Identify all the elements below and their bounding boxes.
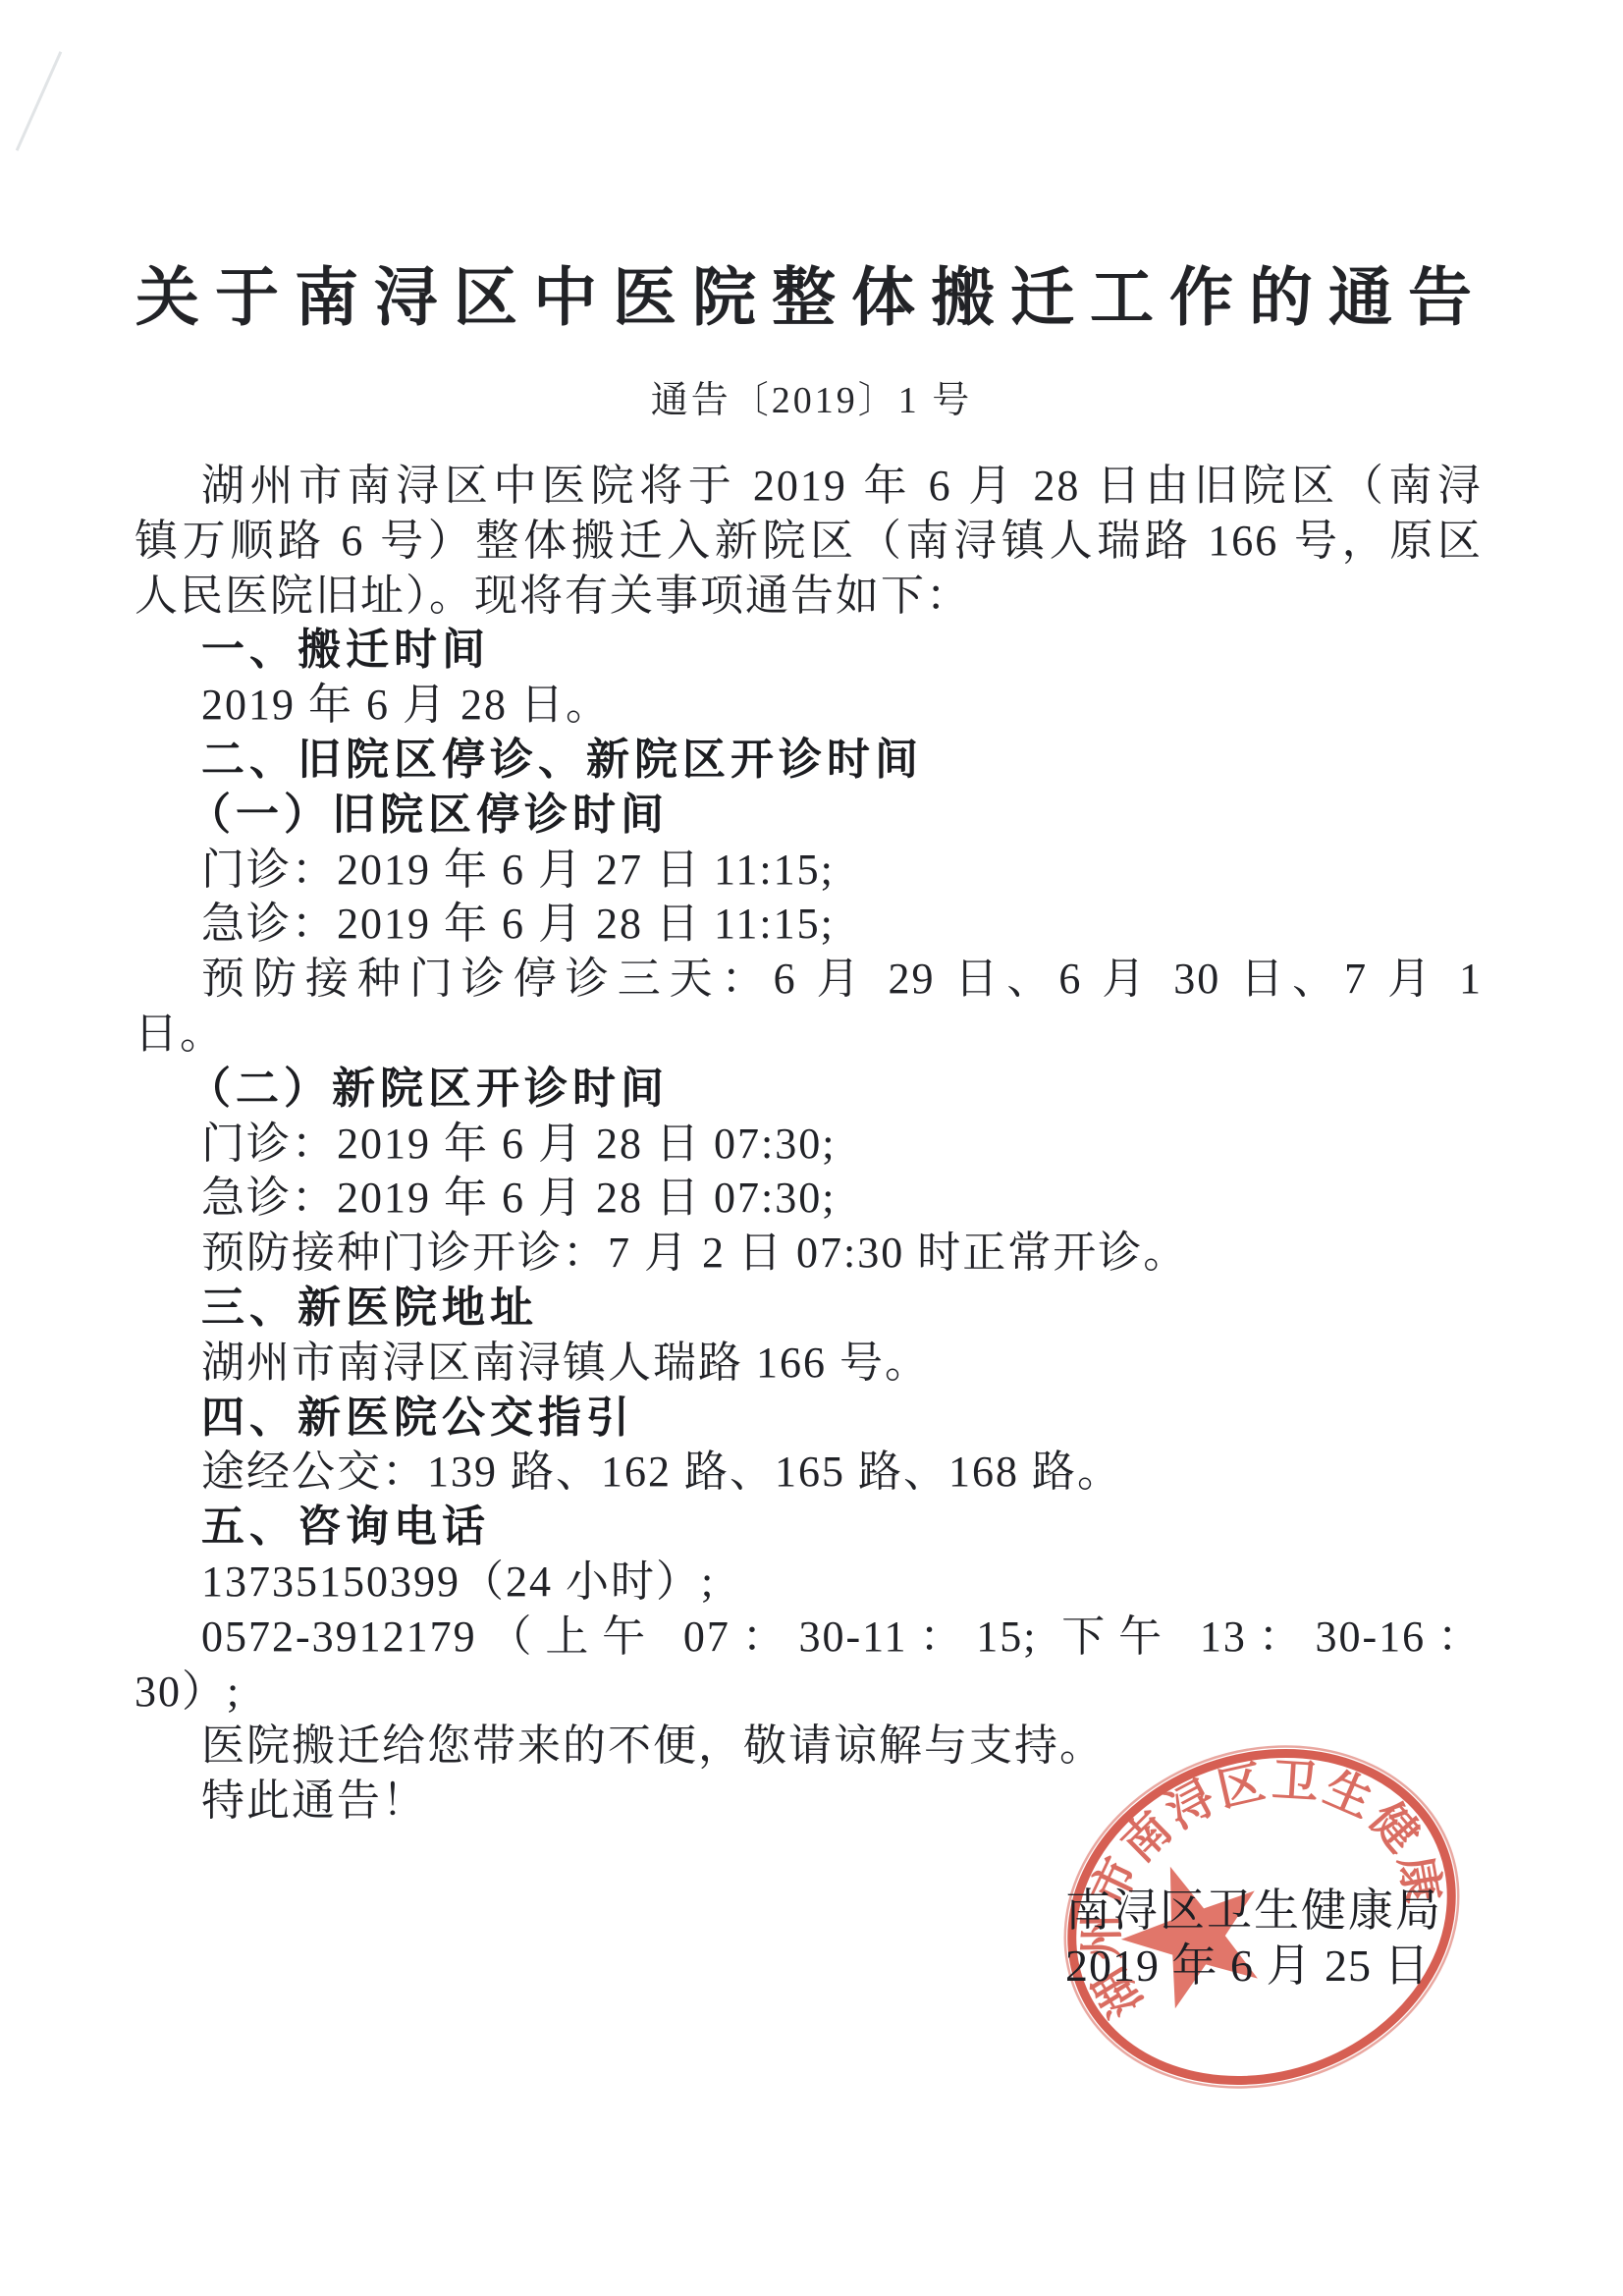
- doc-line: 0572-3912179（上午 07：30-11：15; 下午 13：30-16…: [135, 1610, 1483, 1665]
- doc-line: （二）新院区开诊时间: [135, 1062, 1483, 1117]
- doc-line: 途经公交：139 路、162 路、165 路、168 路。: [135, 1445, 1483, 1500]
- doc-line: 13735150399（24 小时）;: [135, 1555, 1483, 1610]
- doc-line: 急诊：2019 年 6 月 28 日 07:30;: [135, 1171, 1483, 1226]
- doc-line: 四、新医院公交指引: [135, 1391, 1483, 1446]
- notice-document-page: 关于南浔区中医院整体搬迁工作的通告 通告〔2019〕1 号 湖州市南浔区中医院将…: [0, 0, 1623, 2296]
- doc-line: 门诊：2019 年 6 月 28 日 07:30;: [135, 1117, 1483, 1172]
- doc-line: 人民医院旧址）。现将有关事项通告如下：: [135, 569, 1483, 624]
- doc-line: 一、搬迁时间: [135, 623, 1483, 678]
- signature-org: 南浔区卫生健康局: [1065, 1884, 1442, 1939]
- signature-block: 南浔区卫生健康局 2019 年 6 月 25 日: [1065, 1884, 1442, 1994]
- doc-line: 二、旧院区停诊、新院区开诊时间: [135, 733, 1483, 788]
- doc-number: 通告〔2019〕1 号: [0, 369, 1623, 423]
- doc-line: 2019 年 6 月 28 日。: [135, 678, 1483, 733]
- doc-line: 预防接种门诊开诊：7 月 2 日 07:30 时正常开诊。: [135, 1226, 1483, 1281]
- doc-line: 三、新医院地址: [135, 1281, 1483, 1336]
- doc-line: 预防接种门诊停诊三天：6 月 29 日、6 月 30 日、7 月 1: [135, 952, 1483, 1007]
- doc-line: 镇万顺路 6 号）整体搬迁入新院区（南浔镇人瑞路 166 号，原区: [135, 514, 1483, 569]
- doc-body: 湖州市南浔区中医院将于 2019 年 6 月 28 日由旧院区（南浔镇万顺路 6…: [135, 459, 1483, 1829]
- doc-line: 湖州市南浔区南浔镇人瑞路 166 号。: [135, 1336, 1483, 1391]
- signature-date: 2019 年 6 月 25 日: [1065, 1939, 1442, 1994]
- doc-line: 急诊：2019 年 6 月 28 日 11:15;: [135, 897, 1483, 952]
- doc-line: 五、咨询电话: [135, 1500, 1483, 1555]
- doc-line: （一）旧院区停诊时间: [135, 788, 1483, 843]
- doc-line: 门诊：2019 年 6 月 27 日 11:15;: [135, 843, 1483, 898]
- doc-line: 日。: [135, 1007, 1483, 1062]
- scan-artifact: [16, 51, 62, 151]
- doc-line: 湖州市南浔区中医院将于 2019 年 6 月 28 日由旧院区（南浔: [135, 459, 1483, 514]
- page-title: 关于南浔区中医院整体搬迁工作的通告: [0, 246, 1623, 338]
